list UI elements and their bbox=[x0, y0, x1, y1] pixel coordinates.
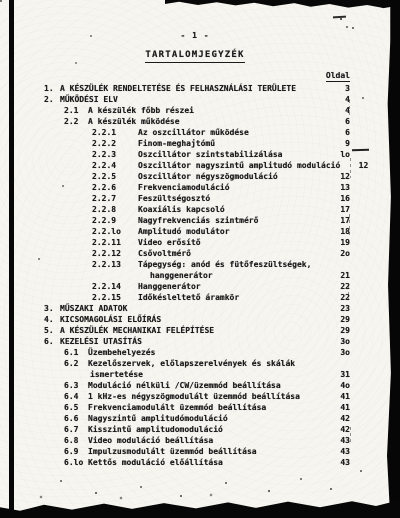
toc-entry-number: 2.2.2 bbox=[92, 138, 138, 149]
toc-entry-page: 17 bbox=[322, 204, 350, 215]
toc-entry-page: 41 bbox=[322, 391, 350, 402]
toc-entry-number: 2.2.13 bbox=[92, 259, 138, 270]
toc-entry-number: 6.9 bbox=[64, 446, 88, 457]
toc-entry: 6.5Frekvenciamodulált üzemmód beállítása… bbox=[40, 402, 350, 413]
toc-entry-label: Finom-meghajtómű bbox=[138, 138, 322, 149]
toc-entry: 2.2.2Finom-meghajtómű9 bbox=[40, 138, 350, 149]
toc-entry: 2.2.loAmplitudó modulátor18 bbox=[40, 226, 350, 237]
toc-entry-label: Tápegység: anód és fütőfeszültségek, bbox=[138, 259, 322, 270]
toc-entry-page: 43 bbox=[322, 446, 350, 457]
toc-entry-number: 6.8 bbox=[64, 435, 88, 446]
toc-entry-label: A KÉSZÜLÉK MECHANIKAI FELÉPÍTÉSE bbox=[60, 325, 322, 336]
toc-entry-number: 2.2.3 bbox=[92, 149, 138, 160]
toc-entry-page: 31 bbox=[322, 369, 350, 380]
toc-entry: 2.2.4Oszcillátor nagyszintű amplitudó mo… bbox=[40, 160, 350, 171]
toc-entry-page: 42 bbox=[322, 413, 350, 424]
toc-entry-page: 6 bbox=[322, 116, 350, 127]
pen-mark bbox=[350, 427, 351, 443]
toc-entry: 2.2.3Oszcillátor szintstabilizálásalo bbox=[40, 149, 350, 160]
toc-entry: 2.2.1Az oszcillátor működése6 bbox=[40, 127, 350, 138]
toc-entry-label: Oszcillátor szintstabilizálása bbox=[138, 149, 322, 160]
toc-entry-number: 2.2.11 bbox=[92, 237, 138, 248]
toc-entry: 6.8Video moduláció beállítása43 bbox=[40, 435, 350, 446]
toc-entry-label: Kettős moduláció előállítása bbox=[88, 457, 322, 468]
toc-entry-number: 2.2.6 bbox=[92, 182, 138, 193]
toc-entry-continuation: ismertetése31 bbox=[40, 369, 350, 380]
toc-entry-label: Kezelőszervek, előlapszerelvények és ská… bbox=[88, 358, 322, 369]
toc-entry-label: Nagyfrekvenciás szintmérő bbox=[138, 215, 322, 226]
toc-entry-number: 2.2.4 bbox=[92, 160, 138, 171]
toc-entry-label: A készülék főbb részei bbox=[88, 105, 322, 116]
toc-entry-page: 18 bbox=[322, 226, 350, 237]
toc-entry: 1.A KÉSZÜLÉK RENDELTETÉSE ÉS FELHASZNÁLÁ… bbox=[40, 83, 350, 94]
scan-artifact-right-bar bbox=[387, 0, 400, 518]
toc-entry-label: A készülék működése bbox=[88, 116, 322, 127]
page-column-header-row: Oldal bbox=[40, 70, 350, 82]
toc-entry-page: 12 bbox=[340, 160, 368, 171]
toc-entry-label: Kisszintű amplitudomoduláció bbox=[88, 424, 322, 435]
toc-entry-page: 29 bbox=[322, 325, 350, 336]
toc-entry: 2.2.7Feszültségosztó16 bbox=[40, 193, 350, 204]
toc-entry-label: Hanggenerátor bbox=[138, 281, 322, 292]
toc-entry-label-line2: ismertetése bbox=[40, 369, 322, 380]
page-column-header: Oldal bbox=[326, 70, 350, 82]
toc-entry-number: 2. bbox=[44, 94, 60, 105]
toc-entry-number: 6.7 bbox=[64, 424, 88, 435]
toc-entry: 2.2.12Csővoltmérő2o bbox=[40, 248, 350, 259]
toc-entry-number: 2.1 bbox=[64, 105, 88, 116]
toc-entry-page: 17 bbox=[322, 215, 350, 226]
toc-entry-page: 42 bbox=[322, 424, 350, 435]
toc-entry-label: Moduláció nélküli /CW/üzemmód beállítása bbox=[88, 380, 322, 391]
toc-entry-continuation: hanggenerátor21 bbox=[40, 270, 350, 281]
toc-entry: 2.2A készülék működése6 bbox=[40, 116, 350, 127]
toc-entry: 6.loKettős moduláció előállítása43 bbox=[40, 457, 350, 468]
toc-entry: 5.A KÉSZÜLÉK MECHANIKAI FELÉPÍTÉSE29 bbox=[40, 325, 350, 336]
toc-entry-page: 43 bbox=[322, 435, 350, 446]
toc-entry-page: 2o bbox=[322, 248, 350, 259]
toc-entry: 2.2.11Video erősítő19 bbox=[40, 237, 350, 248]
toc-entry-number: 6.5 bbox=[64, 402, 88, 413]
toc-entry: 2.2.15Időkésleltető áramkör22 bbox=[40, 292, 350, 303]
toc-entry: 4.KICSOMAGOLÁSI ELŐÍRÁS29 bbox=[40, 314, 350, 325]
toc-entry: 6.7Kisszintű amplitudomoduláció42 bbox=[40, 424, 350, 435]
toc-entry-page: 43 bbox=[322, 457, 350, 468]
toc-entry-number: 2.2.15 bbox=[92, 292, 138, 303]
toc-entry-page: lo bbox=[322, 149, 350, 160]
page-title-row: TARTALOMJEGYZÉK bbox=[40, 49, 350, 63]
toc-entry-label: Üzembehelyezés bbox=[88, 347, 322, 358]
page-title: TARTALOMJEGYZÉK bbox=[145, 50, 244, 63]
toc-entry-label: MŰSZAKI ADATOK bbox=[60, 303, 322, 314]
toc-entry-label: Impulzusmodulált üzemmód beállítása bbox=[88, 446, 322, 457]
toc-entry-label: Időkésleltető áramkör bbox=[138, 292, 322, 303]
toc-entry-page: 22 bbox=[322, 281, 350, 292]
toc-entry-label: Feszültségosztó bbox=[138, 193, 322, 204]
toc-entry: 2.2.9Nagyfrekvenciás szintmérő17 bbox=[40, 215, 350, 226]
toc-entry-number: 2.2.1 bbox=[92, 127, 138, 138]
toc-entry-label: Frekvenciamoduláció bbox=[138, 182, 322, 193]
toc-entry: 6.9Impulzusmodulált üzemmód beállítása43 bbox=[40, 446, 350, 457]
toc-entry-number: 2.2.12 bbox=[92, 248, 138, 259]
toc-entry-number: 2.2.8 bbox=[92, 204, 138, 215]
toc-entry-label: Video moduláció beállítása bbox=[88, 435, 322, 446]
toc-entry: 2.2.14Hanggenerátor22 bbox=[40, 281, 350, 292]
toc-content: - 1 - TARTALOMJEGYZÉK Oldal 1.A KÉSZÜLÉK… bbox=[40, 30, 350, 468]
toc-entry-page: 3 bbox=[322, 83, 350, 94]
toc-entry-number: 3. bbox=[44, 303, 60, 314]
toc-entry: 6.41 kHz-es négyszögmodulált üzemmód beá… bbox=[40, 391, 350, 402]
toc-entry-number: 4. bbox=[44, 314, 60, 325]
toc-entry-number: 6.1 bbox=[64, 347, 88, 358]
toc-entry-page: 41 bbox=[322, 402, 350, 413]
toc-entry: 2.2.5Oszcillátor négyszögmoduláció12 bbox=[40, 171, 350, 182]
toc-entry-page: 9 bbox=[322, 138, 350, 149]
toc-entry-number: 6.6 bbox=[64, 413, 88, 424]
toc-entry-list: 1.A KÉSZÜLÉK RENDELTETÉSE ÉS FELHASZNÁLÁ… bbox=[40, 83, 350, 468]
toc-entry-number: 1. bbox=[44, 83, 60, 94]
toc-entry: 2.2.13Tápegység: anód és fütőfeszültsége… bbox=[40, 259, 350, 270]
pen-mark-dash bbox=[352, 149, 369, 152]
toc-entry-label: Oszcillátor négyszögmoduláció bbox=[138, 171, 322, 182]
toc-entry-label: KEZELÉSI UTASÍTÁS bbox=[60, 336, 322, 347]
toc-entry-page: 3o bbox=[322, 336, 350, 347]
toc-entry: 6.6Nagyszintű amplitudómoduláció42 bbox=[40, 413, 350, 424]
scan-artifact-left-bar bbox=[9, 0, 14, 518]
toc-entry-page: 19 bbox=[322, 237, 350, 248]
toc-entry-label: Oszcillátor nagyszintű amplitudó modulác… bbox=[138, 160, 340, 171]
toc-entry-label: MŰKÖDÉSI ELV bbox=[60, 94, 322, 105]
toc-entry-page: 22 bbox=[322, 292, 350, 303]
toc-entry-number: 2.2.lo bbox=[92, 226, 138, 237]
scan-artifact-bottom-band bbox=[0, 494, 400, 518]
toc-entry: 2.1A készülék főbb részei4 bbox=[40, 105, 350, 116]
toc-entry-page: 16 bbox=[322, 193, 350, 204]
toc-entry-number: 6.2 bbox=[64, 358, 88, 369]
toc-entry-label: KICSOMAGOLÁSI ELŐÍRÁS bbox=[60, 314, 322, 325]
toc-entry: 2.2.8Koaxiális kapcsoló17 bbox=[40, 204, 350, 215]
scan-artifact-specks bbox=[0, 0, 2, 2]
toc-entry-page: 4 bbox=[322, 105, 350, 116]
toc-entry: 6.2Kezelőszervek, előlapszerelvények és … bbox=[40, 358, 350, 369]
toc-entry-label: Amplitudó modulátor bbox=[138, 226, 322, 237]
toc-entry-page: 29 bbox=[322, 314, 350, 325]
toc-entry-number: 6. bbox=[44, 336, 60, 347]
toc-entry-page: 21 bbox=[322, 270, 350, 281]
toc-entry-label: Frekvenciamodulált üzemmód beállítása bbox=[88, 402, 322, 413]
toc-entry-label: A KÉSZÜLÉK RENDELTETÉSE ÉS FELHASZNÁLÁSI… bbox=[60, 83, 322, 94]
toc-entry: 2.2.6Frekvenciamoduláció13 bbox=[40, 182, 350, 193]
toc-entry: 6.1Üzembehelyezés3o bbox=[40, 347, 350, 358]
toc-entry-page: 23 bbox=[322, 303, 350, 314]
toc-entry-number: 2.2.9 bbox=[92, 215, 138, 226]
scan-artifact-top-band bbox=[165, 0, 400, 9]
toc-entry-number: 2.2.7 bbox=[92, 193, 138, 204]
toc-entry-label: Video erősítő bbox=[138, 237, 322, 248]
toc-entry-number: 6.4 bbox=[64, 391, 88, 402]
toc-entry-page: 4o bbox=[322, 380, 350, 391]
toc-entry-number: 2.2 bbox=[64, 116, 88, 127]
toc-entry-label: Csővoltmérő bbox=[138, 248, 322, 259]
page-number: - 1 - bbox=[40, 30, 350, 41]
toc-entry-label-line2: hanggenerátor bbox=[40, 270, 322, 281]
toc-entry: 6.3Moduláció nélküli /CW/üzemmód beállít… bbox=[40, 380, 350, 391]
toc-entry-number: 2.2.5 bbox=[92, 171, 138, 182]
toc-entry: 3.MŰSZAKI ADATOK23 bbox=[40, 303, 350, 314]
toc-entry-label: Az oszcillátor működése bbox=[138, 127, 322, 138]
scan-artifact-smudge bbox=[333, 16, 346, 19]
toc-entry-label: Nagyszintű amplitudómoduláció bbox=[88, 413, 322, 424]
scanned-document-page: - 1 - TARTALOMJEGYZÉK Oldal 1.A KÉSZÜLÉK… bbox=[0, 0, 400, 518]
toc-entry-number: 6.3 bbox=[64, 380, 88, 391]
toc-entry-page: 12 bbox=[322, 171, 350, 182]
toc-entry: 6.KEZELÉSI UTASÍTÁS3o bbox=[40, 336, 350, 347]
toc-entry-number: 2.2.14 bbox=[92, 281, 138, 292]
toc-entry-label: 1 kHz-es négyszögmodulált üzemmód beállí… bbox=[88, 391, 322, 402]
toc-entry-page: 4 bbox=[322, 94, 350, 105]
toc-entry-page: 3o bbox=[322, 347, 350, 358]
toc-entry-label: Koaxiális kapcsoló bbox=[138, 204, 322, 215]
toc-entry-page: 6 bbox=[322, 127, 350, 138]
toc-entry: 2.MŰKÖDÉSI ELV4 bbox=[40, 94, 350, 105]
toc-entry-number: 6.lo bbox=[64, 457, 88, 468]
toc-entry-number: 5. bbox=[44, 325, 60, 336]
toc-entry-page: 13 bbox=[322, 182, 350, 193]
